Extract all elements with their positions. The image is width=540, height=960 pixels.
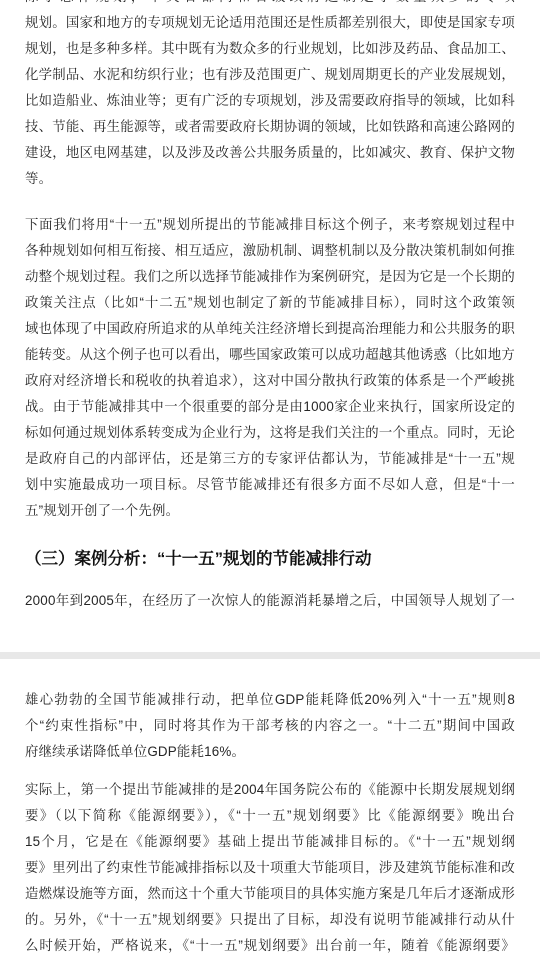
text-line: 个“约束性指标”中，同时将其作为干部考核的内容之一。“十二五”期间中国政 [25,713,515,739]
text-line: 划中实施最成功一项目标。尽管节能减排还有很多方面不尽如人意，但是“十一 [25,472,515,498]
text-line: 要》里列出了约束性节能减排指标以及十项重大节能项目，涉及建筑节能标准和改 [25,855,515,881]
page-break-divider [0,652,540,659]
text-line: 规划，也是多种多样。其中既有为数众多的行业规划，比如涉及药品、食品加工、 [25,36,515,62]
text-line: 战。由于节能减排其中一个很重要的部分是由1000家企业来执行，国家所设定的目 [25,394,515,420]
text-line-clipped: 除了总体规划，中央各部门和省级政府还制定了数量众多的专项 [25,0,515,10]
paragraph: 2000年到2005年，在经历了一次惊人的能源消耗暴增之后，中国领导人规划了一个 [25,588,515,614]
text-line: 府继续承诺降低单位GDP能耗16%。 [25,739,515,765]
paragraph: 雄心勃勃的全国节能减排行动，把单位GDP能耗降低20%列入“十一五”规则8 个“… [25,687,515,765]
text-line: 化学制品、水泥和纺织行业；也有涉及范围更广、规划周期更长的产业发展规划， [25,62,515,88]
paragraph: 除了总体规划，中央各部门和省级政府还制定了数量众多的专项 规划。国家和地方的专项… [25,0,515,192]
text-line: 建设，地区电网基建，以及涉及改善公共服务质量的，比如减灾、教育、保护文物 [25,140,515,166]
text-line: 等。 [25,166,515,192]
text-line: 是政府自己的内部评估，还是第三方的专家评估都认为，节能减排是“十一五”规 [25,446,515,472]
text-line: 动整个规划过程。我们之所以选择节能减排作为案例研究，是因为它是一个长期的 [25,264,515,290]
text-line: 政策关注点（比如“十二五”规划也制定了新的节能减排目标），同时这个政策领 [25,290,515,316]
page-bottom-section: 雄心勃勃的全国节能减排行动，把单位GDP能耗降低20%列入“十一五”规则8 个“… [25,687,515,959]
text-line: 域也体现了中国政府所追求的从单纯关注经济增长到提高治理能力和公共服务的职 [25,316,515,342]
text-line: 实际上，第一个提出节能减排的是2004年国务院公布的《能源中长期发展规划纲 [25,777,515,803]
text-line: 15个月，它是在《能源纲要》基础上提出节能减排目标的。《“十一五”规划纲 [25,829,515,855]
text-line: 么时候开始，严格说来，《“十一五”规划纲要》出台前一年，随着《能源纲要》 [25,933,515,959]
text-line: 比如造船业、炼油业等；更有广泛的专项规划，涉及需要政府指导的领域，比如科 [25,88,515,114]
text-line: 造燃煤设施等方面，然而这十个重大节能项目的具体实施方案是几年后才逐渐成形 [25,881,515,907]
paragraph: 实际上，第一个提出节能减排的是2004年国务院公布的《能源中长期发展规划纲 要》… [25,777,515,959]
text-line: 雄心勃勃的全国节能减排行动，把单位GDP能耗降低20%列入“十一五”规则8 [25,687,515,713]
section-heading: （三）案例分析：“十一五”规划的节能减排行动 [25,544,515,574]
ebook-page-tap-area[interactable]: 除了总体规划，中央各部门和省级政府还制定了数量众多的专项 规划。国家和地方的专项… [0,0,540,960]
text-line: 的。另外，《“十一五”规划纲要》只提出了目标，却没有说明节能减排行动从什 [25,907,515,933]
paragraph: 下面我们将用“十一五”规划所提出的节能减排目标这个例子，来考察规划过程中 各种规… [25,212,515,524]
text-line: 标如何通过规划体系转变成为企业行为，这将是我们关注的一个重点。同时，无论 [25,420,515,446]
text-line: 规划。国家和地方的专项规划无论适用范围还是性质都差别很大，即使是国家专项 [25,10,515,36]
text-line: 下面我们将用“十一五”规划所提出的节能减排目标这个例子，来考察规划过程中 [25,212,515,238]
text-line: 各种规划如何相互衔接、相互适应，激励机制、调整机制以及分散决策机制如何推 [25,238,515,264]
text-line: 要》（以下简称《能源纲要》），《“十一五”规划纲要》比《能源纲要》晚出台 [25,803,515,829]
text-line: 五”规划开创了一个先例。 [25,498,515,524]
text-line: 能转变。从这个例子也可以看出，哪些国家政策可以成功超越其他诱惑（比如地方 [25,342,515,368]
page-top-section: 除了总体规划，中央各部门和省级政府还制定了数量众多的专项 规划。国家和地方的专项… [25,0,515,614]
text-line: 政府对经济增长和税收的执着追求），这对中国分散执行政策的体系是一个严峻挑 [25,368,515,394]
text-line: 技、节能、再生能源等，或者需要政府长期协调的领域，比如铁路和高速公路网的 [25,114,515,140]
text-line: 2000年到2005年，在经历了一次惊人的能源消耗暴增之后，中国领导人规划了一个 [25,588,515,614]
